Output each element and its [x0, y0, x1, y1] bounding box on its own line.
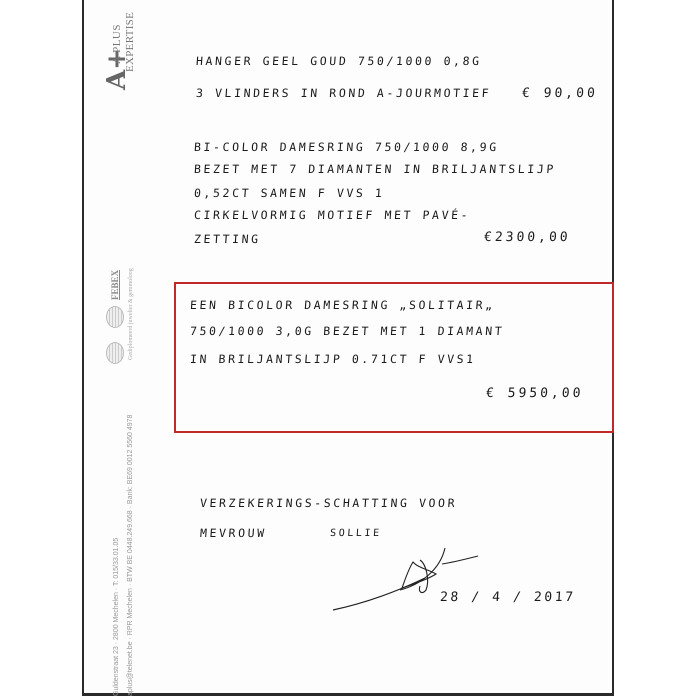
client-name: SOLLIE: [330, 528, 383, 539]
document-date: 28 / 4 / 2017: [439, 590, 576, 605]
item-2-line-1: Bi-COLOR DAMESRING 750/1000 8,9g: [194, 140, 500, 154]
item-2-line-2: BEZET MET 7 DIAMANTEN IN BRILJANTSLIJP: [194, 162, 557, 176]
brand-name: A PLUS: [111, 24, 123, 64]
item-3-line-3: IN BRILJANTSLIJP 0.71ct F VVS1: [190, 352, 477, 366]
client-title: MEVROUW: [200, 526, 268, 540]
febex-logo: FEBEX: [110, 270, 120, 300]
guild-seal-icon: [106, 342, 124, 364]
insurance-appraisal-title: VERZEKERINGS-SCHATTING VOOR: [200, 496, 458, 510]
hrd-seal-icon: [106, 306, 124, 328]
item-1-line-2: 3 VLINDERS IN ROND A-JOURMOTIEF: [196, 86, 492, 100]
gemmologist-credential: Gediplomeerd juwelier & gemmoloog: [128, 268, 134, 360]
item-1-line-1: HANGER GEEL GOUD 750/1000 0,8g: [196, 54, 483, 68]
item-2-line-5: ZETTING: [194, 232, 262, 246]
address-line: Guldenstraat 23 · 2800 Mechelen · T: 015…: [113, 538, 120, 696]
item-2-price: €2300,00: [483, 230, 571, 245]
brand-subtitle: EXPERTISE: [124, 12, 136, 72]
item-3-line-1: EEN BICOLOR DAMESRING „SOLITAIR„: [190, 298, 496, 312]
item-1-price: € 90,00: [521, 86, 598, 101]
item-2-line-3: 0,52ct SAMEN F VVS 1: [194, 186, 385, 200]
item-3-line-2: 750/1000 3,0g BEZET MET 1 DIAMANT: [190, 324, 505, 338]
item-2-line-4: CIRKELVORMIG MOTIEF MET PAVÉ-: [194, 208, 471, 222]
item-3-price: € 5950,00: [485, 386, 584, 401]
contact-line: aplus@telenet.be · RPR Mechelen · BTW BE…: [127, 415, 134, 696]
